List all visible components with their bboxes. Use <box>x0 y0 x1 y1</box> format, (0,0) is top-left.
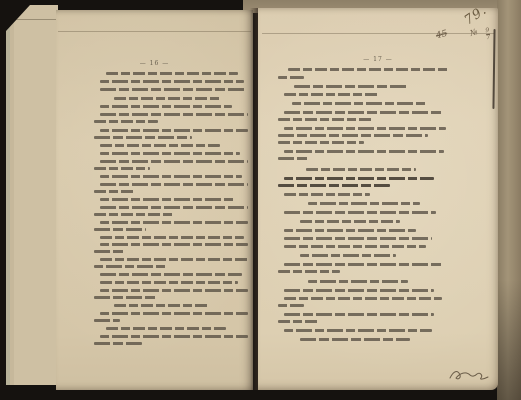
text-line <box>100 243 248 246</box>
text-line <box>284 245 426 248</box>
text-line <box>284 297 442 300</box>
text-line <box>94 250 124 253</box>
fold-line <box>262 33 494 34</box>
text-line <box>300 254 396 257</box>
text-line <box>284 177 434 180</box>
text-line <box>100 80 244 83</box>
text-line <box>278 320 318 323</box>
text-line <box>278 304 304 307</box>
text-line <box>100 206 248 209</box>
page-seam <box>6 19 58 20</box>
text-line <box>100 144 220 147</box>
pencil-mark: 7 <box>17 6 23 15</box>
text-line <box>100 289 248 292</box>
text-line <box>94 296 156 299</box>
text-line <box>114 304 210 307</box>
text-line <box>284 127 446 130</box>
fraction-denominator: 7 <box>486 34 491 41</box>
text-line <box>94 342 142 345</box>
text-line <box>100 183 248 186</box>
text-line <box>114 97 222 100</box>
text-line <box>284 313 434 316</box>
right-page: — 17 — 79. № 9 7 45 <box>258 8 498 390</box>
text-line <box>300 338 410 341</box>
fold-line <box>58 31 251 32</box>
text-line <box>100 105 232 108</box>
text-line <box>294 85 408 88</box>
text-line <box>94 167 150 170</box>
text-line <box>100 198 236 201</box>
handwritten-numero-sign: № <box>469 27 479 38</box>
text-line <box>284 211 436 214</box>
text-line <box>288 68 448 71</box>
signature-mark <box>448 366 490 382</box>
text-line <box>100 273 242 276</box>
left-page: — 16 — <box>56 10 253 390</box>
text-line <box>278 184 390 187</box>
text-line <box>284 93 380 96</box>
text-line <box>278 118 372 121</box>
text-line <box>100 175 242 178</box>
text-line <box>94 190 136 193</box>
text-line <box>278 157 308 160</box>
text-line <box>100 88 246 91</box>
left-page-number: — 16 — <box>56 60 253 67</box>
text-line <box>278 141 364 144</box>
text-line <box>278 134 428 137</box>
text-line <box>94 228 146 231</box>
text-line <box>94 120 158 123</box>
text-line <box>284 289 434 292</box>
text-line <box>94 265 168 268</box>
text-line <box>284 263 442 266</box>
text-line <box>284 237 432 240</box>
ink-stroke <box>492 29 495 109</box>
text-line <box>106 327 226 330</box>
handwritten-fraction: 9 7 <box>485 28 491 41</box>
text-line <box>100 335 248 338</box>
text-line <box>308 202 420 205</box>
text-line <box>106 72 238 75</box>
text-line <box>100 221 248 224</box>
text-line <box>284 150 444 153</box>
text-line <box>300 220 400 223</box>
text-line <box>94 213 174 216</box>
text-line <box>100 152 240 155</box>
text-line <box>278 270 340 273</box>
text-line <box>284 229 416 232</box>
text-line <box>100 160 248 163</box>
book-scan: 7 — 16 — — 17 — 79. № 9 7 45 <box>0 0 521 400</box>
text-line <box>100 281 238 284</box>
text-line <box>94 319 120 322</box>
text-line <box>284 111 442 114</box>
right-page-number: — 17 — <box>258 56 498 63</box>
text-line <box>278 76 304 79</box>
text-line <box>100 236 244 239</box>
text-line <box>100 258 248 261</box>
handwritten-side-mark: 45 <box>435 29 449 41</box>
text-line <box>308 280 408 283</box>
text-line <box>100 312 248 315</box>
text-line <box>100 113 248 116</box>
text-line <box>284 193 370 196</box>
text-line <box>284 329 432 332</box>
book-fore-edge <box>497 0 521 400</box>
text-line <box>306 168 416 171</box>
underlying-pages-edge: 7 <box>6 5 58 385</box>
text-line <box>94 136 192 139</box>
text-line <box>100 129 248 132</box>
text-line <box>292 102 428 105</box>
